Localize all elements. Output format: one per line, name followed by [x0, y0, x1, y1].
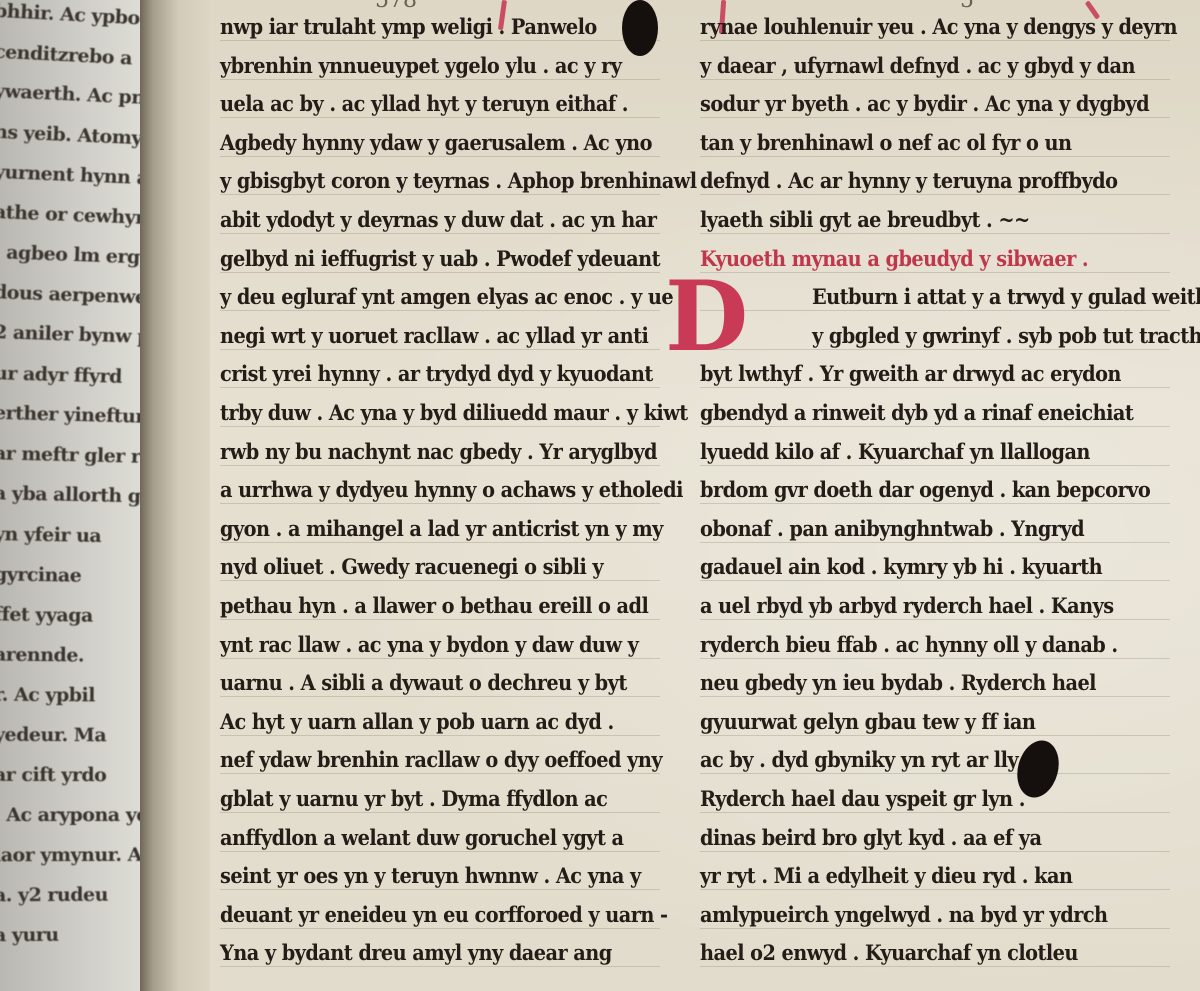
left-page-line: . Ac arypona yeyw: [0, 804, 140, 826]
ruling-line: [700, 696, 1170, 697]
ruling-line: [220, 272, 660, 273]
ruling-line: [700, 117, 1170, 118]
manuscript-line: y deu egluraf ynt amgen elyas ac enoc . …: [220, 284, 673, 309]
manuscript-line: uela ac by . ac yllad hyt y teruyn eitha…: [220, 91, 628, 116]
left-page-line: a. y2 rudeu: [0, 884, 108, 907]
manuscript-line: nwp iar trulaht ymp weligi . Panwelo: [220, 14, 597, 39]
ruling-line: [220, 117, 660, 118]
ruling-line: [700, 735, 1170, 736]
left-page-line: yurnent hynn a: [0, 161, 140, 189]
ruling-line: [220, 773, 660, 774]
manuscript-line: Agbedy hynny ydaw y gaerusalem . Ac yno: [220, 130, 652, 155]
manuscript-line: sodur yr byeth . ac y bydir . Ac yna y d…: [700, 91, 1149, 116]
ruling-line: [220, 387, 660, 388]
manuscript-line: tan y brenhinawl o nef ac ol fyr o un: [700, 130, 1072, 155]
manuscript-line: Kyuoeth mynau a gbeudyd y sibwaer .: [700, 246, 1088, 271]
left-page-line: yedeur. Ma: [0, 724, 106, 747]
manuscript-line: defnyd . Ac ar hynny y teruyna proffbydo: [700, 168, 1117, 193]
left-page-line: yn yfeir ua: [0, 523, 101, 547]
ruling-line: [220, 812, 660, 813]
manuscript-line: y daear , ufyrnawl defnyd . ac y gbyd y …: [700, 53, 1135, 78]
manuscript-line: byt lwthyf . Yr gweith ar drwyd ac erydo…: [700, 361, 1121, 386]
left-page-line: r. Ac ypbil: [0, 684, 95, 707]
manuscript-line: crist yrei hynny . ar trydyd dyd y kyuod…: [220, 361, 653, 386]
manuscript-line: gblat y uarnu yr byt . Dyma ffydlon ac: [220, 786, 607, 811]
left-page-line: arennde.: [0, 644, 84, 667]
left-page-line: ar cift yrdo: [0, 764, 106, 786]
ruling-line: [700, 658, 1170, 659]
ruling-line: [700, 851, 1170, 852]
ruling-line: [700, 156, 1170, 157]
ruling-line: [220, 542, 660, 543]
left-page-line: gyrcinae: [0, 563, 82, 586]
left-page-line: erther yineftur g: [0, 402, 140, 428]
manuscript-line: ynt rac llaw . ac yna y bydon y daw duw …: [220, 632, 638, 657]
left-page-line: ar meftr gler r: [0, 442, 140, 467]
manuscript-line: trby duw . Ac yna y byd diliuedd maur . …: [220, 400, 688, 425]
manuscript-line: anffydlon a welant duw goruchel ygyt a: [220, 825, 624, 850]
left-page-line: 2 aniler bynw phw: [0, 321, 140, 349]
ruling-line: [220, 156, 660, 157]
book-gutter: [140, 0, 210, 991]
left-page-line: bhhir. Ac ypbo a: [0, 0, 140, 30]
manuscript-line: y gbisgbyt coron y teyrnas . Aphop brenh…: [220, 168, 697, 193]
left-page-line: ns yeib. Atomy: [0, 121, 140, 150]
manuscript-line: neu gbedy yn ieu bydab . Ryderch hael: [700, 670, 1096, 695]
parchment-hole: [622, 0, 658, 56]
ruling-line: [700, 889, 1170, 890]
manuscript-line: nef ydaw brenhin racllaw o dyy oeffoed y…: [220, 747, 662, 772]
manuscript-line: rynae louhlenuir yeu . Ac yna y dengys y…: [700, 14, 1177, 39]
ruling-line: [220, 619, 660, 620]
illuminated-initial: D: [665, 272, 775, 362]
manuscript-line: pethau hyn . a llawer o bethau ereill o …: [220, 593, 648, 618]
manuscript-line: gelbyd ni ieffugrist y uab . Pwodef ydeu…: [220, 246, 660, 271]
manuscript-line: ac by . dyd gbyniky yn ryt ar lly: [700, 747, 1018, 772]
manuscript-line: Yna y bydant dreu amyl yny daear ang: [220, 940, 612, 965]
ruling-line: [700, 194, 1170, 195]
manuscript-line: ryderch bieu ffab . ac hynny oll y danab…: [700, 632, 1118, 657]
ruling-line: [220, 349, 660, 350]
manuscript-line: dinas beird bro glyt kyd . aa ef ya: [700, 825, 1041, 850]
ruling-line: [220, 310, 660, 311]
ruling-line: [700, 40, 1170, 41]
manuscript-line: ybrenhin ynnueuypet ygelo ylu . ac y ry: [220, 53, 621, 78]
folio-number-right: 5: [960, 0, 974, 13]
ruling-line: [220, 966, 660, 967]
ruling-line: [700, 812, 1170, 813]
left-page-line: athe or cewhyn: [0, 201, 140, 229]
manuscript-line: Eutburn i attat y a trwyd y gulad weith: [812, 284, 1200, 309]
ruling-line: [700, 387, 1170, 388]
left-page-line: ywaerth. Ac pna y: [0, 80, 140, 110]
left-page-line: cenditzrebo a: [0, 41, 132, 70]
ruling-line: [220, 851, 660, 852]
manuscript-line: deuant yr eneideu yn eu corfforoed y uar…: [220, 902, 667, 927]
ruling-line: [700, 233, 1170, 234]
ruling-line: [700, 773, 1170, 774]
left-page-line: dous aerpenwed: [0, 281, 140, 309]
ruling-line: [220, 503, 660, 504]
ruling-line: [220, 735, 660, 736]
manuscript-line: gyuurwat gelyn gbau tew y ff ian: [700, 709, 1035, 734]
left-page-line: ffet yyaga: [0, 603, 93, 626]
manuscript-line: Ac hyt y uarn allan y pob uarn ac dyd .: [220, 709, 614, 734]
manuscript-line: yr ryt . Mi a edylheit y dieu ryd . kan: [700, 863, 1072, 888]
manuscript-line: rwb ny bu nachynt nac gbedy . Yr aryglby…: [220, 439, 657, 464]
manuscript-line: lyuedd kilo af . Kyuarchaf yn llallogan: [700, 439, 1090, 464]
left-page-line: ur adyr ffyrd: [0, 362, 122, 388]
manuscript-line: gyon . a mihangel a lad yr anticrist yn …: [220, 516, 663, 541]
ruling-line: [220, 194, 660, 195]
manuscript-line: seint yr oes yn y teruyn hwnnw . Ac yna …: [220, 863, 641, 888]
ruling-line: [220, 928, 660, 929]
ruling-line: [220, 79, 660, 80]
manuscript-line: amlypueirch yngelwyd . na byd yr ydrch: [700, 902, 1108, 927]
manuscript-line: Ryderch hael dau yspeit gr lyn .: [700, 786, 1025, 811]
manuscript-line: gadauel ain kod . kymry yb hi . kyuarth: [700, 554, 1102, 579]
ruling-line: [700, 966, 1170, 967]
manuscript-line: brdom gvr doeth dar ogenyd . kan bepcorv…: [700, 477, 1150, 502]
ruling-line: [700, 426, 1170, 427]
manuscript-line: hael o2 enwyd . Kyuarchaf yn clotleu: [700, 940, 1078, 965]
ruling-line: [220, 658, 660, 659]
left-page-line: laor ymynur. Aybe: [0, 844, 140, 866]
left-page-line: a yuru: [0, 924, 59, 947]
left-page: bhhir. Ac ypbo acenditzrebo aywaerth. Ac…: [0, 0, 140, 991]
left-page-line: a yba allorth gyr: [0, 482, 140, 507]
manuscript-line: nyd oliuet . Gwedy racuenegi o sibli y: [220, 554, 603, 579]
manuscript-line: y gbgled y gwrinyf . syb pob tut tracth: [812, 323, 1200, 348]
manuscript-line: a urrhwa y dydyeu hynny o achaws y ethol…: [220, 477, 683, 502]
ruling-line: [220, 426, 660, 427]
ruling-line: [700, 503, 1170, 504]
ruling-line: [220, 889, 660, 890]
manuscript-line: abit ydodyt y deyrnas y duw dat . ac yn …: [220, 207, 656, 232]
ruling-line: [220, 580, 660, 581]
ruling-line: [700, 619, 1170, 620]
left-page-line: . agbeo lm ergyi: [0, 241, 140, 269]
ruling-line: [700, 542, 1170, 543]
ruling-line: [700, 465, 1170, 466]
ruling-line: [220, 465, 660, 466]
ruling-line: [700, 928, 1170, 929]
ruling-line: [700, 79, 1170, 80]
manuscript-line: negi wrt y uoruet racllaw . ac yllad yr …: [220, 323, 648, 348]
ruling-line: [220, 233, 660, 234]
ruling-line: [220, 40, 660, 41]
manuscript-line: obonaf . pan anibynghntwab . Yngryd: [700, 516, 1084, 541]
manuscript-line: lyaeth sibli gyt ae breudbyt . ~~: [700, 207, 1030, 232]
ruling-line: [700, 580, 1170, 581]
manuscript-page: 578 5 nwp iar trulaht ymp weligi . Panwe…: [210, 0, 1200, 991]
ruling-line: [220, 696, 660, 697]
manuscript-line: uarnu . A sibli a dywaut o dechreu y byt: [220, 670, 627, 695]
manuscript-line: a uel rbyd yb arbyd ryderch hael . Kanys: [700, 593, 1114, 618]
manuscript-line: gbendyd a rinweit dyb yd a rinaf eneichi…: [700, 400, 1133, 425]
folio-number-left: 578: [375, 0, 417, 13]
